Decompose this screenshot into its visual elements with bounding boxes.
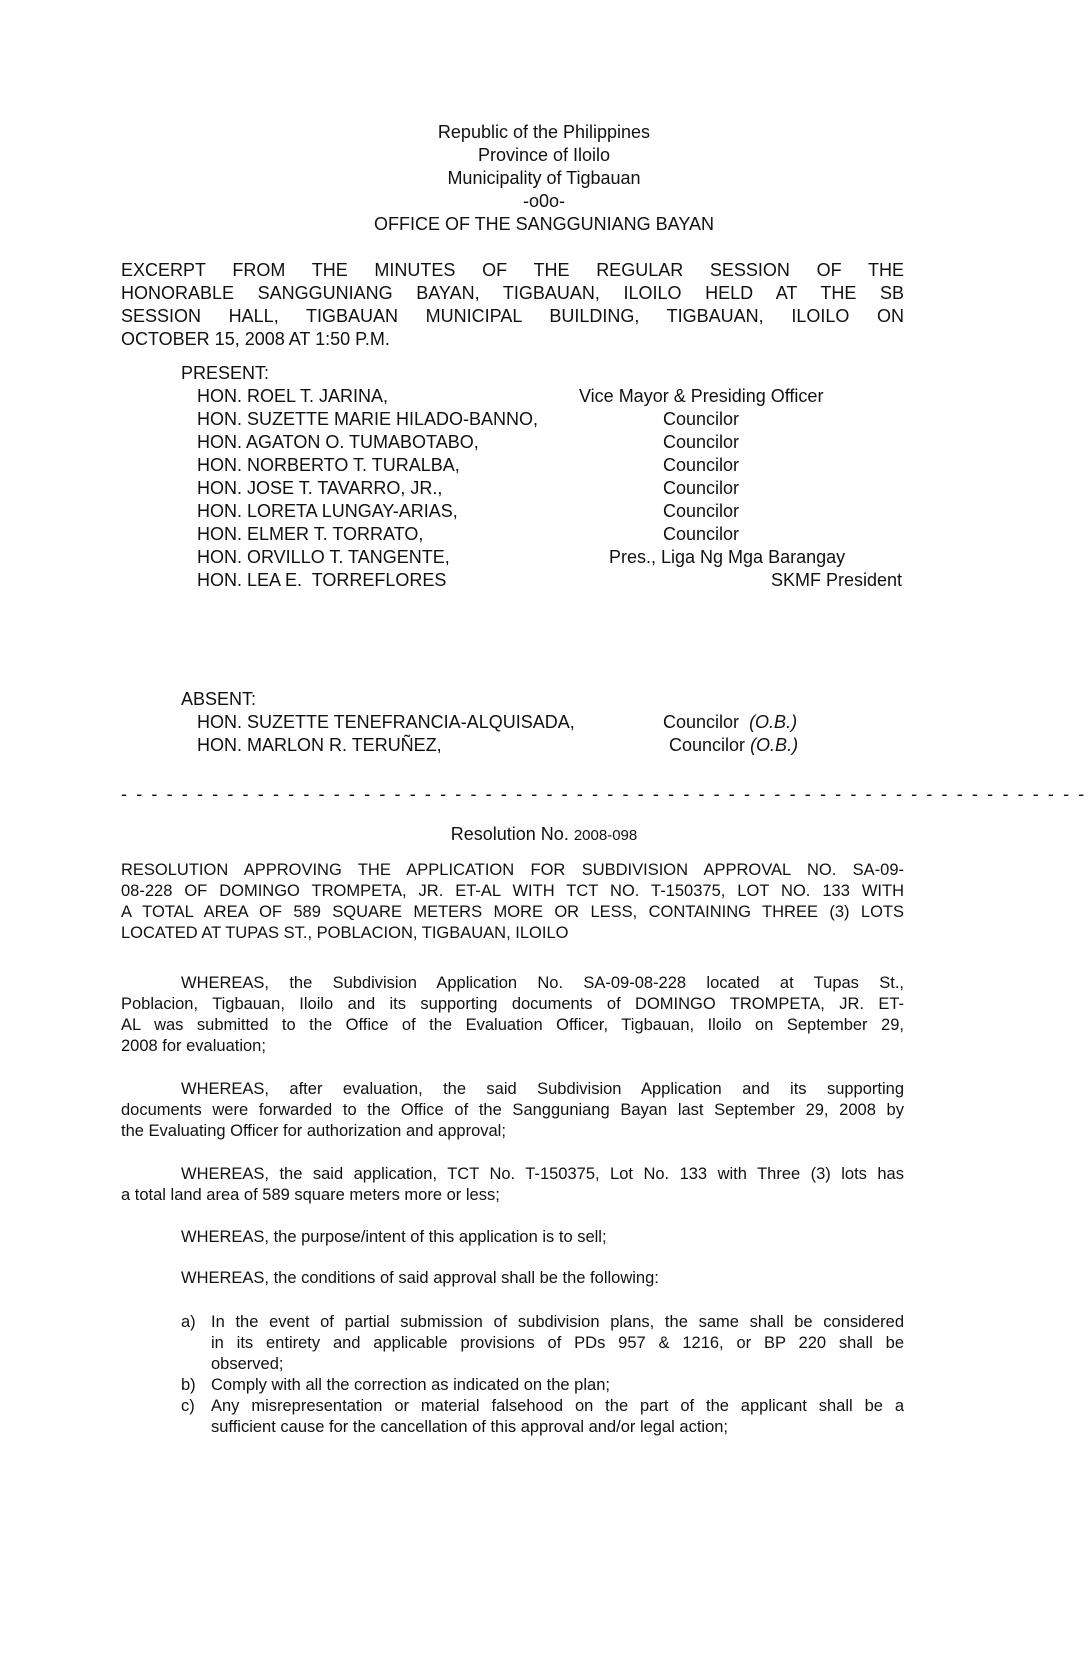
absentee-position: Councilor (O.B.) — [663, 711, 797, 734]
attendee-position: Councilor — [663, 431, 739, 454]
whereas-line: AL was submitted to the Office of the Ev… — [121, 1015, 904, 1036]
resolution-title-line: A TOTAL AREA OF 589 SQUARE METERS MORE O… — [121, 902, 904, 923]
excerpt-line: OCTOBER 15, 2008 AT 1:50 P.M. — [121, 328, 904, 351]
spacer — [739, 712, 749, 732]
attendee-name: HON. LORETA LUNGAY-ARIAS, — [197, 500, 458, 523]
excerpt-line: HONORABLE SANGGUNIANG BAYAN, TIGBAUAN, I… — [121, 282, 904, 305]
attendee-position: Councilor — [663, 477, 739, 500]
excerpt-line: EXCERPT FROM THE MINUTES OF THE REGULAR … — [121, 259, 904, 282]
attendee-position: Pres., Liga Ng Mga Barangay — [609, 546, 845, 569]
condition-line: sufficient cause for the cancellation of… — [211, 1417, 904, 1438]
whereas-line: a total land area of 589 square meters m… — [121, 1185, 904, 1206]
resolution-number-value: 2008-098 — [574, 827, 637, 844]
whereas-line: WHEREAS, the conditions of said approval… — [181, 1268, 659, 1289]
whereas-line: 2008 for evaluation; — [121, 1036, 904, 1057]
absent-heading: ABSENT: — [181, 688, 256, 711]
separator-dashes: - - - - - - - - - - - - - - - - - - - - … — [121, 784, 1088, 805]
absentee-position-label: Councilor — [663, 712, 739, 732]
resolution-title-line: LOCATED AT TUPAS ST., POBLACION, TIGBAUA… — [121, 923, 904, 944]
attendee-position: SKMF President — [771, 569, 902, 592]
absentee-name: HON. SUZETTE TENEFRANCIA-ALQUISADA, — [197, 711, 575, 734]
attendee-position: Councilor — [663, 408, 739, 431]
attendee-name: HON. ORVILLO T. TANGENTE, — [197, 546, 450, 569]
absentee-note: (O.B.) — [750, 735, 798, 755]
attendee-name: HON. SUZETTE MARIE HILADO-BANNO, — [197, 408, 538, 431]
absentee-position-label: Councilor — [669, 735, 745, 755]
absentee-note: (O.B.) — [749, 712, 797, 732]
attendee-name: HON. JOSE T. TAVARRO, JR., — [197, 477, 442, 500]
present-heading: PRESENT: — [181, 362, 269, 385]
condition-label: b) — [181, 1375, 196, 1396]
resolution-title-line: RESOLUTION APPROVING THE APPLICATION FOR… — [121, 860, 904, 881]
attendee-position: Vice Mayor & Presiding Officer — [579, 385, 823, 408]
attendee-name: HON. NORBERTO T. TURALBA, — [197, 454, 460, 477]
attendee-name: HON. AGATON O. TUMABOTABO, — [197, 431, 479, 454]
condition-line: Comply with all the correction as indica… — [211, 1375, 904, 1396]
excerpt-line: SESSION HALL, TIGBAUAN MUNICIPAL BUILDIN… — [121, 305, 904, 328]
attendee-position: Councilor — [663, 523, 739, 546]
header-municipality: Municipality of Tigbauan — [0, 167, 1088, 190]
attendee-name: HON. LEA E. TORREFLORES — [197, 569, 446, 592]
header-republic: Republic of the Philippines — [0, 121, 1088, 144]
whereas-line: WHEREAS, the said application, TCT No. T… — [181, 1164, 904, 1185]
whereas-line: Poblacion, Tigbauan, Iloilo and its supp… — [121, 994, 904, 1015]
attendee-position: Councilor — [663, 454, 739, 477]
header-office: OFFICE OF THE SANGGUNIANG BAYAN — [0, 213, 1088, 236]
resolution-title-line: 08-228 OF DOMINGO TROMPETA, JR. ET-AL WI… — [121, 881, 904, 902]
whereas-line: documents were forwarded to the Office o… — [121, 1100, 904, 1121]
condition-label: c) — [181, 1396, 195, 1417]
whereas-line: WHEREAS, the purpose/intent of this appl… — [181, 1227, 607, 1248]
whereas-line: WHEREAS, after evaluation, the said Subd… — [181, 1079, 904, 1100]
attendee-position: Councilor — [663, 500, 739, 523]
resolution-number-label: Resolution No. — [451, 824, 569, 844]
document-page: Republic of the Philippines Province of … — [0, 0, 1088, 1664]
attendee-name: HON. ELMER T. TORRATO, — [197, 523, 423, 546]
condition-line: Any misrepresentation or material falseh… — [211, 1396, 904, 1417]
whereas-line: the Evaluating Officer for authorization… — [121, 1121, 904, 1142]
whereas-line: WHEREAS, the Subdivision Application No.… — [181, 973, 904, 994]
condition-line: observed; — [211, 1354, 904, 1375]
header-ornament: -o0o- — [0, 190, 1088, 213]
absentee-position: Councilor (O.B.) — [669, 734, 798, 757]
header-province: Province of Iloilo — [0, 144, 1088, 167]
absentee-name: HON. MARLON R. TERUÑEZ, — [197, 734, 442, 757]
condition-line: in its entirety and applicable provision… — [211, 1333, 904, 1354]
condition-label: a) — [181, 1312, 196, 1333]
condition-line: In the event of partial submission of su… — [211, 1312, 904, 1333]
attendee-name: HON. ROEL T. JARINA, — [197, 385, 388, 408]
resolution-number: Resolution No. 2008-098 — [0, 823, 1088, 847]
